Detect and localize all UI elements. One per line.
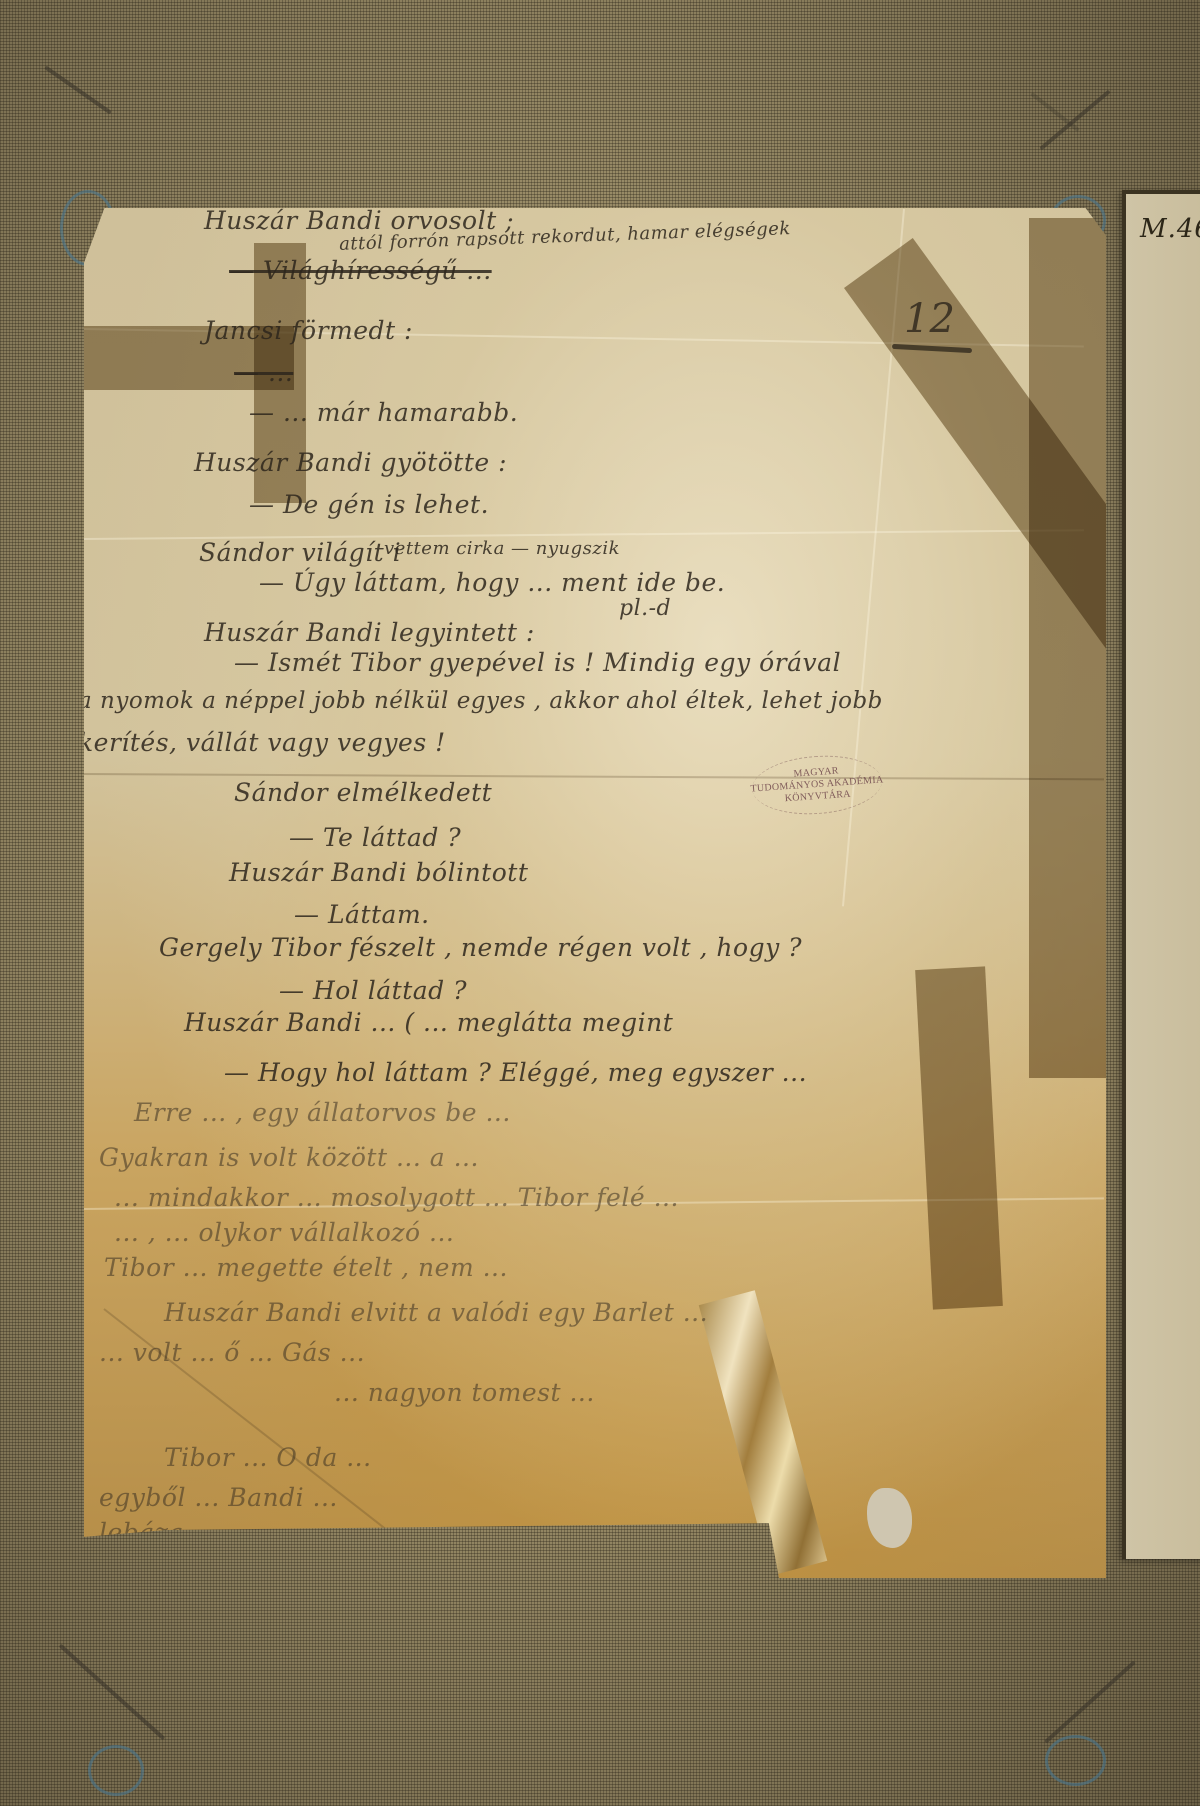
manuscript-line: ... nagyon tomest ... <box>334 1378 595 1407</box>
manuscript-line: ... , ... olykor vállalkozó ... <box>114 1218 454 1247</box>
manuscript-line: Jancsi förmedt : <box>204 316 413 345</box>
manuscript-line: ... mindakkor ... mosolygott ... Tibor f… <box>114 1183 679 1212</box>
manuscript-line: Tibor ... megette ételt , nem ... <box>104 1253 508 1282</box>
manuscript-line: Huszár Bandi ... ( ... meglátta megint <box>184 1008 673 1037</box>
tape-strip-shiny <box>699 1290 827 1575</box>
corner-mark-top-left <box>44 65 112 114</box>
manuscript-line: — Hogy hol láttam ? Eléggé, meg egyszer … <box>224 1058 807 1087</box>
manuscript-line: — Láttam. <box>294 900 430 929</box>
blue-pencil-loop-bottom-right <box>1045 1735 1106 1786</box>
manuscript-line: — ... <box>234 358 293 387</box>
manuscript-line: vettem cirka — nyugszik <box>384 538 620 559</box>
card-label: M.46 <box>1140 214 1200 244</box>
tape-strip-right-lower <box>915 966 1003 1309</box>
manuscript-line: — Te láttad ? <box>289 823 461 852</box>
manuscript-line: a nyomok a néppel jobb nélkül egyes , ak… <box>78 688 883 714</box>
manuscript-line: Gyakran is volt között ... a ... <box>99 1143 479 1172</box>
manuscript-line: Huszár Bandi gyötötte : <box>194 448 507 477</box>
index-card: M.46 <box>1122 190 1200 1559</box>
manuscript-line: Tibor ... O da ... <box>164 1443 372 1472</box>
tape-strip-right-edge <box>1029 218 1106 1078</box>
manuscript-line: Huszár Bandi elvitt a valódi egy Barlet … <box>164 1298 708 1327</box>
corner-mark-bottom-left <box>59 1644 166 1741</box>
manuscript-line: ... volt ... ő ... Gás ... <box>99 1338 365 1367</box>
manuscript-line: Erre ... , egy állatorvos be ... <box>134 1098 511 1127</box>
manuscript-line: — Ismét Tibor gyepével is ! Mindig egy ó… <box>234 648 841 677</box>
manuscript-line: — De gén is lehet. <box>249 490 489 519</box>
page-number: 12 <box>904 296 955 342</box>
manuscript-line: — ... már hamarabb. <box>249 398 518 427</box>
manuscript-line: Sándor elmélkedett <box>234 778 492 807</box>
manuscript-line: Sándor világít i <box>199 538 401 567</box>
manuscript-page: 12 MAGYAR TUDOMÁNYOS AKADÉMIA KÖNYVTÁRA … <box>84 208 1106 1578</box>
paper-tear-hole <box>867 1488 912 1548</box>
manuscript-line: — Hol láttad ? <box>279 976 467 1005</box>
corner-mark-top-right-b <box>1030 92 1080 132</box>
library-stamp: MAGYAR TUDOMÁNYOS AKADÉMIA KÖNYVTÁRA <box>750 752 884 819</box>
manuscript-line: egyből ... Bandi ... <box>99 1483 338 1512</box>
marginal-note: pl.-d <box>619 596 671 621</box>
manuscript-line: lebáza ... <box>99 1518 218 1547</box>
blue-pencil-loop-bottom-left <box>88 1745 144 1796</box>
manuscript-line: Bandi ... <box>99 1548 209 1577</box>
manuscript-line: Huszár Bandi bólintott <box>229 858 528 887</box>
manuscript-line: kerítés, vállát vagy vegyes ! <box>78 728 446 757</box>
corner-mark-top-right <box>1039 90 1111 151</box>
manuscript-line: — Világhírességű ... <box>229 256 492 285</box>
manuscript-line: Huszár Bandi legyintett : <box>204 618 535 647</box>
manuscript-line: Gergely Tibor fészelt , nemde régen volt… <box>159 933 802 962</box>
manuscript-line: — Úgy láttam, hogy ... ment ide be. <box>259 568 725 597</box>
corner-mark-bottom-right <box>1044 1660 1136 1743</box>
